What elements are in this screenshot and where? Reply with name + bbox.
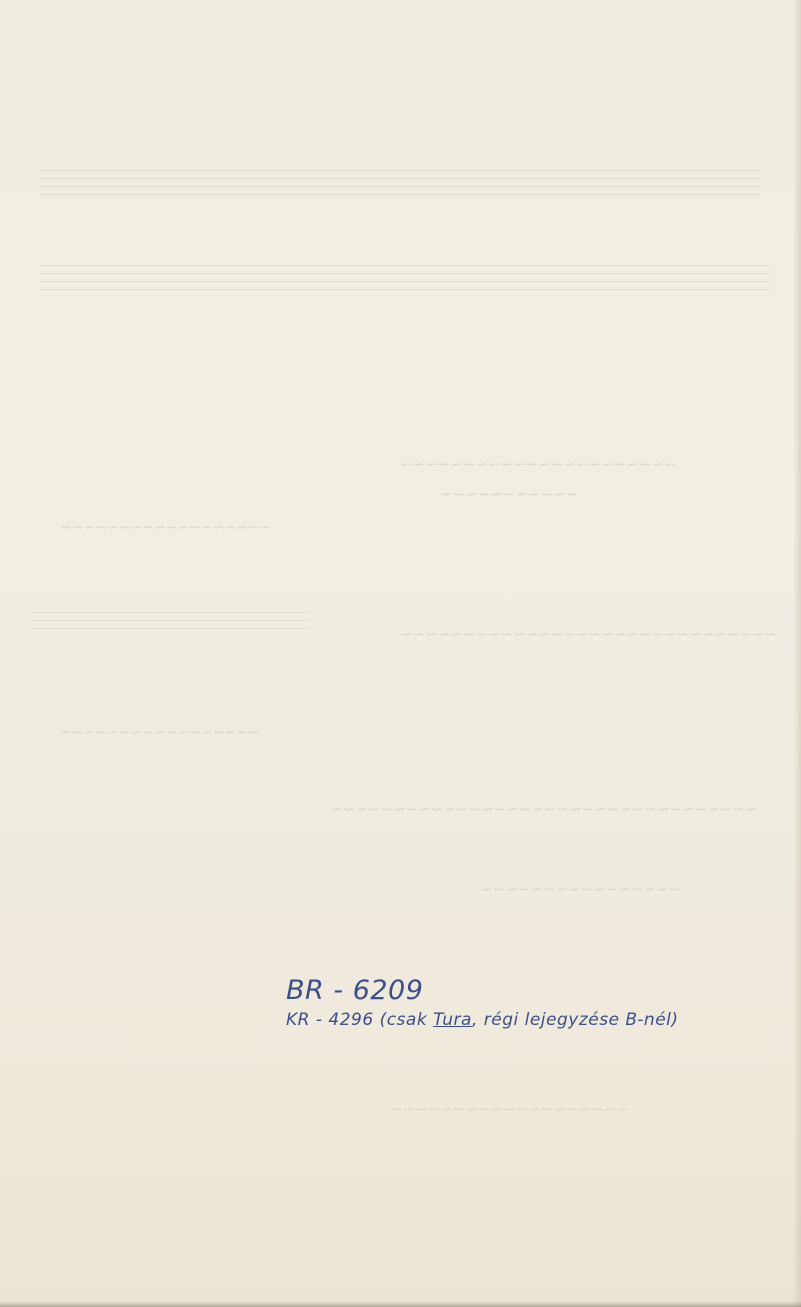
- page-edge-right: [793, 0, 801, 1307]
- staff-line: [40, 194, 760, 195]
- staff-line: [40, 186, 760, 187]
- catalog-number-br: BR - 6209: [286, 975, 423, 1006]
- kr-suffix: , régi lejegyzése B-nél): [472, 1010, 679, 1030]
- bleed-line: ~~~~~~~~~~~~~~~~~~~~~~~~~~~~~~: [400, 625, 777, 643]
- staff-line: [40, 170, 760, 171]
- bleed-line: ~~~~~~~~~~~~~~~~~~~~~~~~~~~~~~~~~~: [330, 800, 757, 818]
- bleed-line: ~~~~~~~~~~~~~~~~~~~~~~: [400, 455, 677, 473]
- bleed-line: ~~~~~~~~~~~~~~~~~: [60, 725, 259, 741]
- document-page: ~~~~~~~~~~~~~~~~~~~~~~ ~~~~~~~~~~~ ~~~~~…: [0, 0, 801, 1307]
- staff-line: [40, 178, 760, 179]
- staff-line: [40, 289, 770, 290]
- kr-underlined-place: Tura: [433, 1010, 472, 1030]
- bleed-line: ~~~~~~~~~~~: [440, 485, 578, 503]
- staff-line: [30, 628, 310, 629]
- catalog-number-kr: KR - 4296 (csak Tura, régi lejegyzése B-…: [286, 1010, 679, 1030]
- staff-line: [40, 273, 770, 274]
- staff-line: [30, 612, 310, 613]
- staff-line: [40, 281, 770, 282]
- bleed-line: ~~~~~~~~~~~~~~~~: [480, 880, 681, 898]
- bleed-line: ~~~~~~~~~~~~~~~~~~~: [390, 1100, 629, 1118]
- bleed-line: ~~~~~~~~~~~~~~~~~~: [60, 520, 271, 536]
- page-edge-bottom: [0, 1301, 801, 1307]
- staff-line: [40, 265, 770, 266]
- staff-line: [30, 620, 310, 621]
- kr-prefix: KR - 4296 (csak: [286, 1010, 433, 1030]
